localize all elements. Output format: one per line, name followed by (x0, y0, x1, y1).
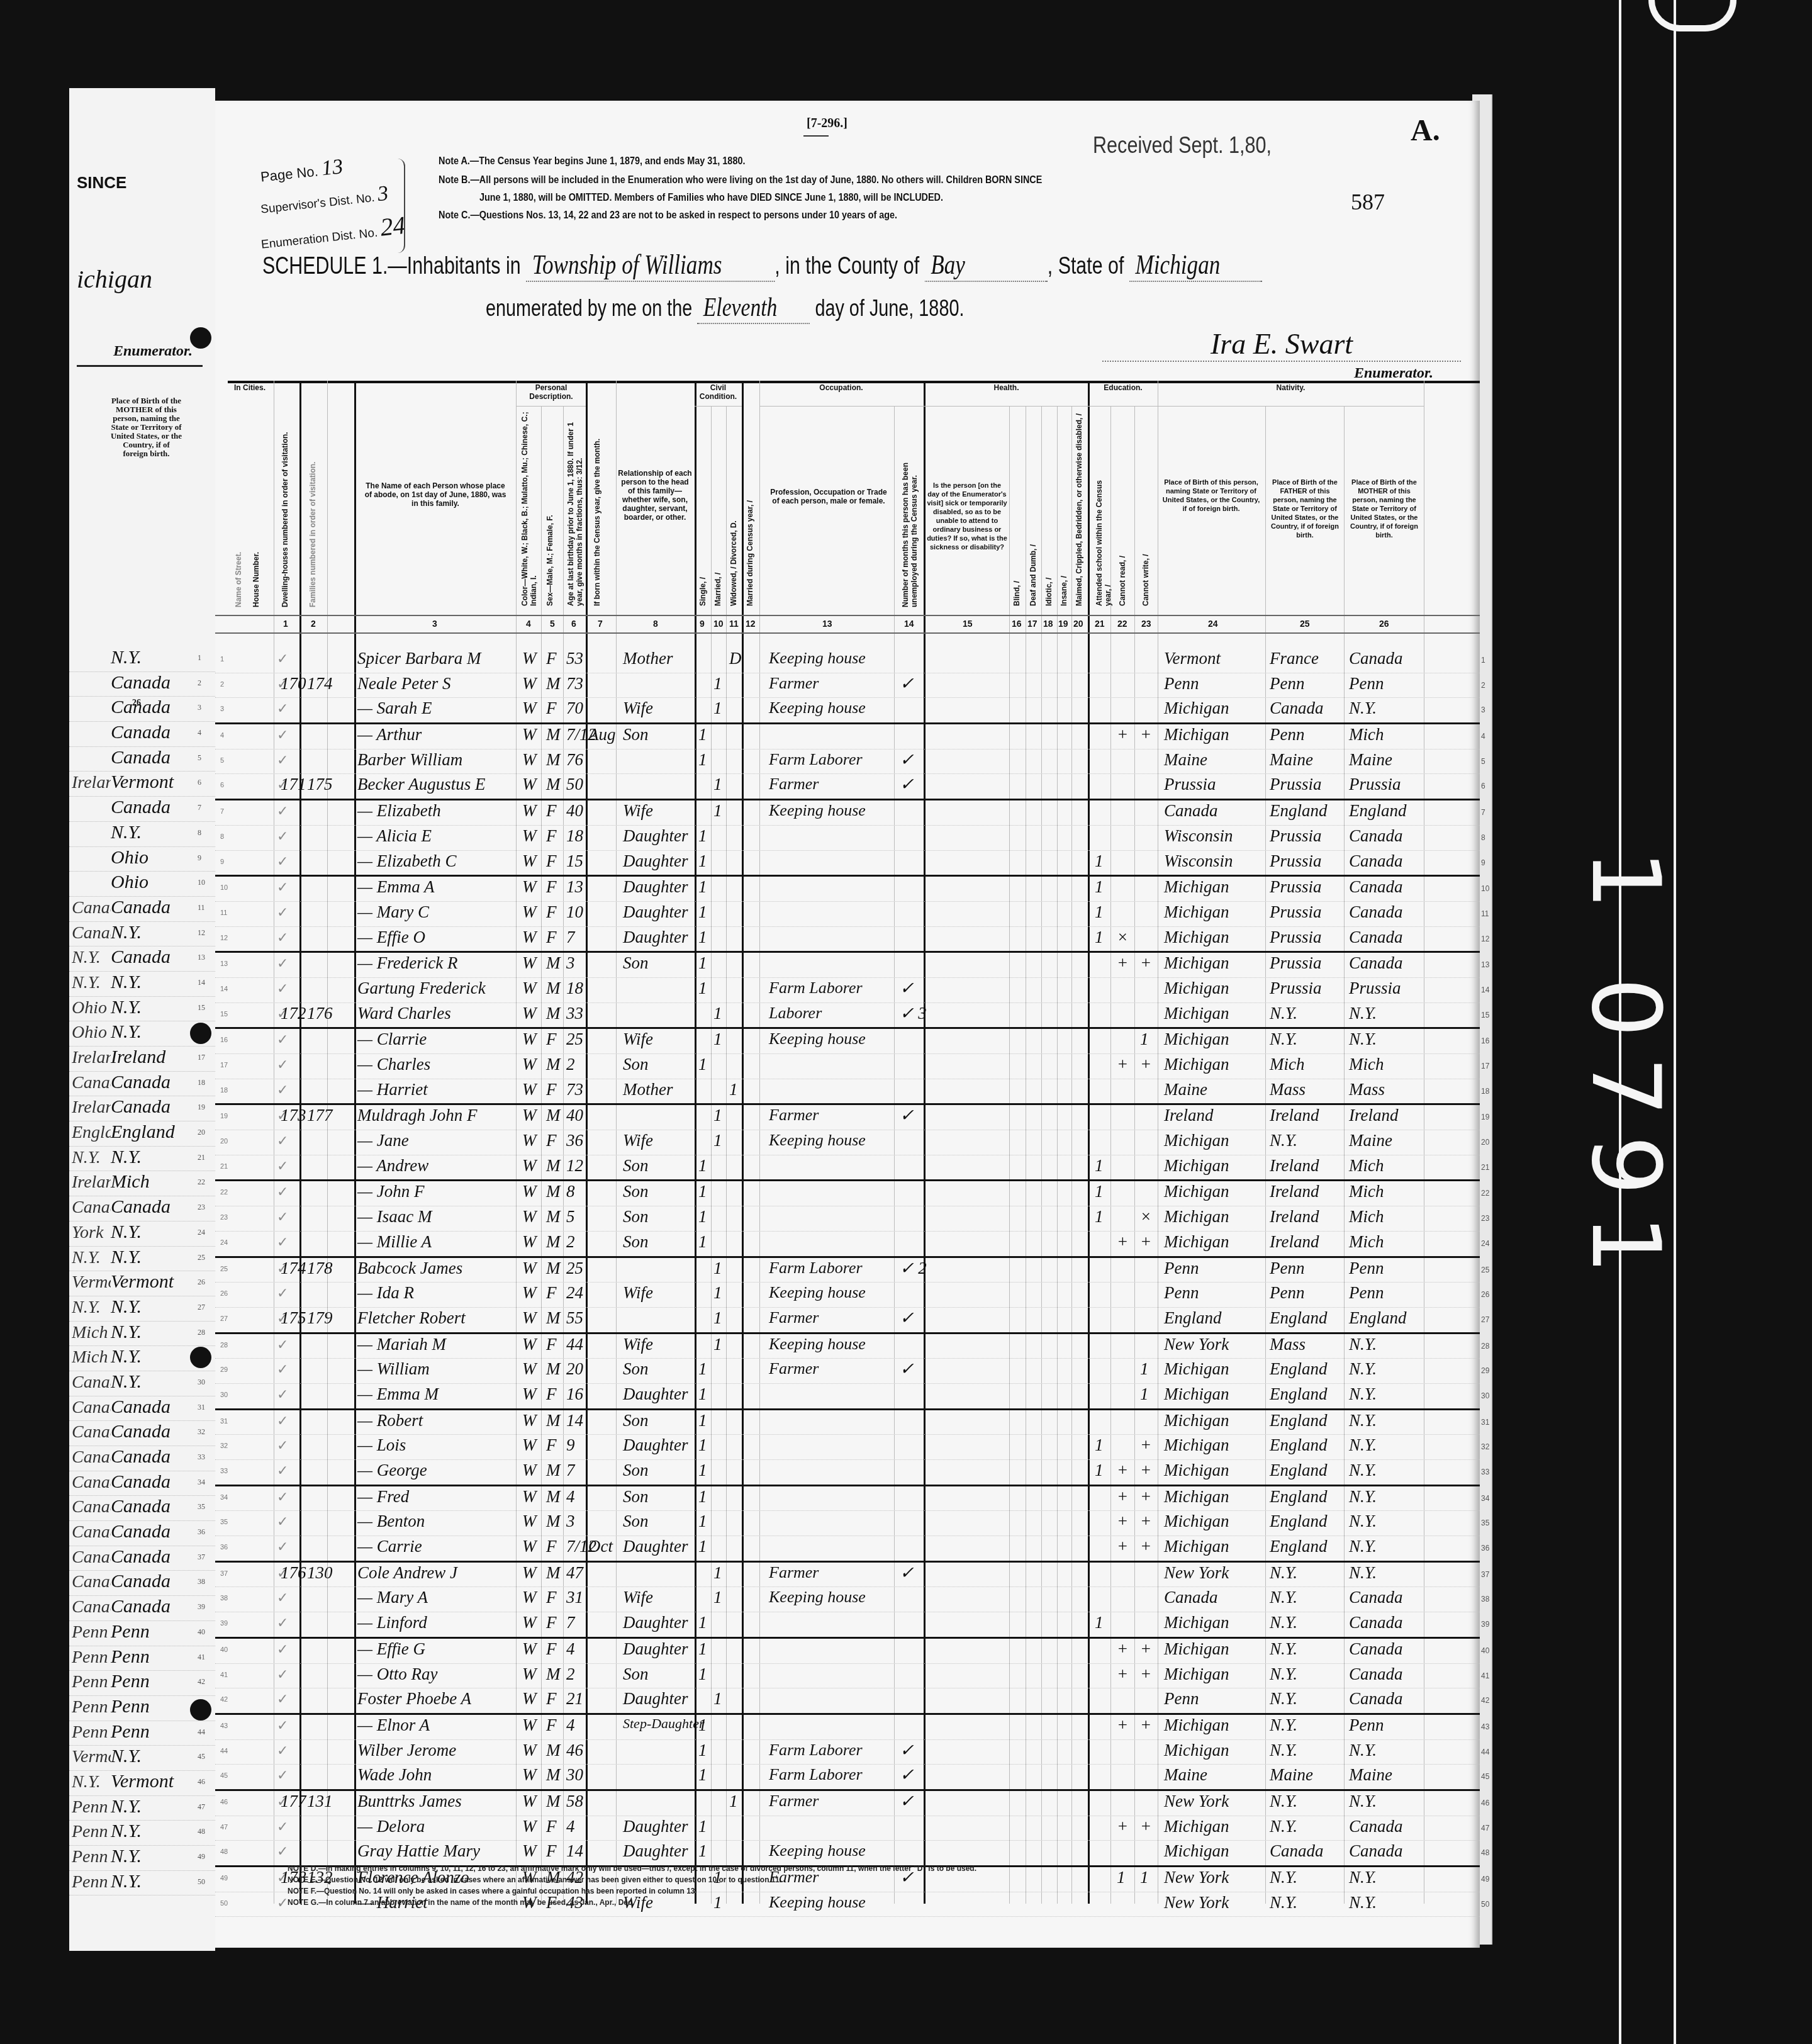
header-nativity-group: Nativity. (1158, 383, 1424, 392)
months-unemployed-value: ✓ 3 (900, 1004, 927, 1023)
row-number-right: 35 (1481, 1519, 1489, 1527)
line-number: 28 (220, 1342, 228, 1349)
relationship-value: Son (623, 1665, 649, 1684)
sex-value: F (546, 1841, 557, 1861)
table-row: 5✓Barber WilliamWM761Farm Laborer✓MaineM… (215, 750, 1480, 775)
tally-check-icon: ✓ (277, 1615, 288, 1631)
table-row: 31✓— RobertWM14Son1MichiganEnglandN.Y.31 (215, 1410, 1480, 1435)
prev-table-row: N.Y.N.Y.21 (69, 1147, 215, 1172)
sex-value: M (546, 1308, 561, 1328)
civil-condition-mark: 1 (698, 1182, 707, 1201)
cannot-write-mark: 1 (1140, 1359, 1149, 1379)
prev-line-number: 31 (198, 1403, 205, 1412)
prev-mother-birthplace: Canada (111, 1421, 171, 1442)
birthplace-value: Wisconsin (1164, 851, 1233, 871)
mother-birthplace-value: N.Y. (1349, 1487, 1377, 1507)
mother-birthplace-value: Canada (1349, 826, 1403, 846)
prev-table-row: N.Y.N.Y.25 (69, 1247, 215, 1272)
birthplace-value: Michigan (1164, 1004, 1229, 1023)
mother-birthplace-value: N.Y. (1349, 1461, 1377, 1480)
color-value: W (522, 1741, 537, 1760)
civil-condition-mark: 1 (698, 1715, 707, 1735)
age-value: 7 (566, 1461, 575, 1480)
relationship-value: Son (623, 1207, 649, 1227)
color-value: W (522, 1359, 537, 1379)
color-value: W (522, 1841, 537, 1861)
mother-birthplace-value: Canada (1349, 851, 1403, 871)
age-value: 18 (566, 979, 583, 998)
color-value: W (522, 699, 537, 718)
father-birthplace-value: England (1270, 1537, 1328, 1556)
father-birthplace-value: Mass (1270, 1335, 1306, 1354)
row-number-right: 42 (1481, 1696, 1489, 1705)
birthplace-value: Canada (1164, 801, 1218, 821)
person-name: — Elizabeth C (357, 851, 457, 871)
relationship-value: Son (623, 1512, 649, 1531)
prev-mother-birthplace: N.Y. (111, 1871, 142, 1892)
person-name: — Effie O (357, 928, 425, 947)
birthplace-value: Prussia (1164, 775, 1216, 794)
table-row: 29✓— WilliamWM20Son1Farmer✓1MichiganEngl… (215, 1359, 1480, 1384)
relationship-value: Daughter (623, 1435, 688, 1455)
family-number: 179 (307, 1308, 333, 1328)
corner-letter: A. (1411, 113, 1440, 148)
prev-table-row: Canada7 (69, 797, 215, 822)
occupation-value: Farmer (769, 1106, 819, 1125)
father-birthplace-value: Prussia (1270, 979, 1322, 998)
row-number-right: 8 (1481, 833, 1485, 842)
line-number: 40 (220, 1646, 228, 1654)
tally-check-icon: ✓ (277, 1666, 288, 1683)
civil-condition-mark: 1 (698, 1817, 707, 1836)
tally-check-icon: ✓ (277, 929, 288, 946)
relationship-value: Wife (623, 1283, 653, 1303)
header-father-birthplace: Place of Birth of the FATHER of this per… (1268, 478, 1342, 540)
line-number: 21 (220, 1163, 228, 1171)
age-value: 13 (566, 877, 583, 897)
table-row: 6✓171175Becker Augustus EWM501Farmer✓Pru… (215, 774, 1480, 800)
prev-mother-birthplace: Canada (111, 697, 171, 718)
sex-value: M (546, 1259, 561, 1278)
punch-hole-icon (190, 1023, 211, 1044)
father-birthplace-value: Prussia (1270, 877, 1322, 897)
sex-value: F (546, 1131, 557, 1150)
civil-condition-mark: 1 (698, 1411, 707, 1430)
row-number-right: 43 (1481, 1722, 1489, 1731)
father-birthplace-value: N.Y. (1270, 1004, 1297, 1023)
cannot-read-mark: + (1117, 1665, 1128, 1684)
attended-school-mark: 1 (1095, 877, 1104, 897)
row-number-right: 39 (1481, 1620, 1489, 1629)
prev-mother-birthplace: Ireland (111, 1047, 165, 1068)
table-row: 20✓— JaneWF36Wife1Keeping houseMichiganN… (215, 1130, 1480, 1155)
prev-line-number: 1 (198, 653, 201, 663)
table-row: 39✓— LinfordWF7Daughter11MichiganN.Y.Can… (215, 1612, 1480, 1639)
line-number: 25 (220, 1266, 228, 1273)
table-row: 47✓— DeloraWF4Daughter1++MichiganN.Y.Can… (215, 1816, 1480, 1841)
cannot-read-mark: + (1117, 1715, 1128, 1735)
row-number-right: 10 (1481, 884, 1489, 893)
prev-line-number: 48 (198, 1827, 205, 1836)
line-number: 48 (220, 1848, 228, 1856)
header-brace (398, 159, 405, 253)
civil-condition-mark: 1 (713, 1004, 722, 1023)
father-birthplace-value: England (1270, 801, 1328, 821)
sex-value: F (546, 1080, 557, 1099)
footnote-d: NOTE D.—In making entries in columns 9, … (288, 1863, 1294, 1874)
color-value: W (522, 649, 537, 668)
sex-value: M (546, 1512, 561, 1531)
line-number: 4 (220, 732, 224, 739)
relationship-value: Wife (623, 1030, 653, 1049)
prev-father-birthplace: N.Y. (72, 948, 111, 968)
age-value: 76 (566, 750, 583, 770)
mother-birthplace-value: Mass (1349, 1080, 1385, 1099)
age-value: 73 (566, 674, 583, 693)
table-row: 36✓— CarrieWF7/12OctDaughter1++MichiganE… (215, 1536, 1480, 1563)
prev-mother-birthplace: N.Y. (111, 647, 142, 668)
prev-mother-birthplace: N.Y. (111, 1796, 142, 1817)
dwelling-number: 175 (281, 1308, 306, 1328)
table-row: 42✓Foster Phoebe AWF21Daughter1PennN.Y.C… (215, 1688, 1480, 1715)
color-value: W (522, 1283, 537, 1303)
prev-line-number: 44 (198, 1727, 205, 1737)
prev-line-number: 23 (198, 1203, 205, 1212)
tally-check-icon: ✓ (277, 727, 288, 743)
color-value: W (522, 1106, 537, 1125)
prev-table-row: EnglandEngland20 (69, 1121, 215, 1147)
age-value: 16 (566, 1384, 583, 1404)
header-mother-birthplace: Place of Birth of the MOTHER of this per… (1346, 478, 1422, 540)
table-row: 38✓— Mary AWF31Wife1Keeping houseCanadaN… (215, 1587, 1480, 1612)
age-value: 4 (566, 1817, 575, 1836)
sex-value: M (546, 1741, 561, 1760)
age-value: 3 (566, 1512, 575, 1531)
sex-value: M (546, 1207, 561, 1227)
father-birthplace-value: N.Y. (1270, 1665, 1297, 1684)
person-name: Spicer Barbara M (357, 649, 481, 668)
header-months-unemployed: Number of months this person has been un… (901, 418, 919, 607)
prev-father-birthplace: Canada (72, 1572, 111, 1592)
age-value: 7 (566, 928, 575, 947)
line-number: 18 (220, 1087, 228, 1094)
color-value: W (522, 1613, 537, 1632)
prev-mother-birthplace: Canada (111, 897, 171, 918)
prev-father-birthplace: Penn (72, 1847, 111, 1867)
note-a: Note A.—The Census Year begins June 1, 1… (439, 156, 745, 167)
row-number-right: 49 (1481, 1875, 1489, 1884)
prev-line-number: 13 (198, 953, 205, 962)
person-name: — Mariah M (357, 1335, 446, 1354)
line-number: 3 (220, 705, 224, 713)
birthplace-value: Michigan (1164, 1411, 1229, 1430)
father-birthplace-value: Maine (1270, 750, 1313, 770)
color-value: W (522, 1537, 537, 1556)
dwelling-number: 172 (281, 1004, 306, 1023)
prev-mother-birthplace: N.Y. (111, 972, 142, 993)
person-name: — Ida R (357, 1283, 414, 1303)
prev-header-rule (77, 365, 203, 367)
header-birthplace: Place of Birth of this person, naming St… (1160, 478, 1262, 514)
header-personal-description: Personal Description. (517, 383, 585, 401)
occupation-value: Farmer (769, 775, 819, 794)
birthplace-value: Michigan (1164, 979, 1229, 998)
age-value: 20 (566, 1359, 583, 1379)
person-name: — Otto Ray (357, 1665, 438, 1684)
prev-mother-birthplace: Penn (111, 1646, 150, 1668)
father-birthplace-value: Ireland (1270, 1106, 1319, 1125)
relationship-value: Step-Daughter (623, 1715, 705, 1732)
tally-check-icon: ✓ (277, 651, 288, 667)
father-birthplace-value: N.Y. (1270, 1588, 1297, 1607)
prev-father-birthplace: Ireland (72, 1172, 111, 1193)
age-value: 46 (566, 1741, 583, 1760)
attended-school-mark: 1 (1095, 1613, 1104, 1632)
header-maimed: Maimed, Crippled, Bedridden, or otherwis… (1075, 412, 1083, 606)
prev-line-number: 7 (198, 803, 201, 812)
prev-state-fragment: ichigan (77, 264, 152, 294)
line-number: 27 (220, 1315, 228, 1323)
table-row: 15✓172176Ward CharlesWM331Laborer✓ 3Mich… (215, 1003, 1480, 1030)
father-birthplace-value: Penn (1270, 1283, 1304, 1303)
civil-condition-mark: 1 (713, 1588, 722, 1607)
column-number: 3 (432, 619, 437, 629)
prev-line-number: 36 (198, 1527, 205, 1537)
tally-check-icon: ✓ (277, 1641, 288, 1658)
prev-table-row: N.Y.N.Y.27 (69, 1296, 215, 1322)
line-number: 47 (220, 1824, 228, 1831)
relationship-value: Wife (623, 699, 653, 718)
prev-line-number: 42 (198, 1677, 205, 1687)
prev-mother-birthplace: N.Y. (111, 997, 142, 1018)
note-b-line1: Note B.—All persons will be included in … (439, 175, 1042, 186)
column-number: 13 (822, 619, 832, 629)
mother-birthplace-value: Canada (1349, 1639, 1403, 1659)
family-number: 176 (307, 1004, 333, 1023)
tally-check-icon: ✓ (277, 1539, 288, 1555)
table-row: 45✓Wade JohnWM301Farm Laborer✓MaineMaine… (215, 1765, 1480, 1791)
prev-father-birthplace: Mich (72, 1347, 111, 1367)
prev-table-row: Ohio10 (69, 872, 215, 897)
relationship-value: Daughter (623, 826, 688, 846)
prev-table-row: MichN.Y.28 (69, 1322, 215, 1347)
footnote-e: NOTE E.—Question No. 12 will only be ask… (288, 1874, 1294, 1885)
row-number-right: 44 (1481, 1748, 1489, 1756)
row-number-right: 17 (1481, 1062, 1489, 1070)
row-number-right: 36 (1481, 1544, 1489, 1553)
prev-line-number: 38 (198, 1577, 205, 1586)
enumerated-line: enumerated by me on the Eleventh day of … (486, 293, 964, 324)
age-value: 14 (566, 1411, 583, 1430)
row-number-right: 18 (1481, 1087, 1489, 1096)
birthplace-value: New York (1164, 1792, 1229, 1811)
birthplace-value: Penn (1164, 1283, 1199, 1303)
row-number-right: 46 (1481, 1799, 1489, 1807)
prev-father-birthplace: Penn (72, 1797, 111, 1817)
person-name: — John F (357, 1182, 424, 1201)
prev-table-row: IrelandMich22 (69, 1171, 215, 1196)
line-number: 7 (220, 808, 224, 816)
birthplace-value: Michigan (1164, 1665, 1229, 1684)
line-number: 50 (220, 1900, 228, 1907)
birthplace-value: Michigan (1164, 1841, 1229, 1861)
row-number-right: 37 (1481, 1570, 1489, 1579)
header-education-group: Education. (1090, 383, 1156, 392)
age-value: 33 (566, 1004, 583, 1023)
prev-father-birthplace: Penn (72, 1872, 111, 1892)
relationship-value: Wife (623, 1131, 653, 1150)
father-birthplace-value: Ireland (1270, 1182, 1319, 1201)
relationship-value: Son (623, 1232, 649, 1252)
birthplace-value: Vermont (1164, 649, 1221, 668)
color-value: W (522, 902, 537, 922)
column-numbers-row: 1 2 3 4 5 6 7 8 9 10 11 12 13 14 15 16 1… (215, 615, 1480, 634)
father-birthplace-value: England (1270, 1411, 1328, 1430)
row-number-right: 47 (1481, 1824, 1489, 1833)
state-field: Michigan (1129, 249, 1262, 282)
prev-table-row: IrelandIreland17 (69, 1047, 215, 1072)
tally-check-icon: ✓ (277, 879, 288, 896)
prev-mother-birthplace: N.Y. (111, 1346, 142, 1367)
sex-value: F (546, 1283, 557, 1303)
person-name: Barber William (357, 750, 462, 770)
person-name: — Mary A (357, 1588, 428, 1607)
color-value: W (522, 1487, 537, 1507)
sex-value: F (546, 1639, 557, 1659)
row-number-right: 22 (1481, 1189, 1489, 1198)
relationship-value: Wife (623, 1335, 653, 1354)
color-value: W (522, 1435, 537, 1455)
column-number: 14 (904, 619, 914, 629)
person-name: — Mary C (357, 902, 429, 922)
column-number: 15 (963, 619, 973, 629)
civil-condition-mark: 1 (713, 1106, 722, 1125)
header-in-cities: In Cities. (228, 383, 272, 392)
prev-father-birthplace: Penn (72, 1622, 111, 1642)
father-birthplace-value: N.Y. (1270, 1030, 1297, 1049)
occupation-value: Keeping house (769, 649, 866, 668)
occupation-value: Farm Laborer (769, 1741, 863, 1760)
mother-birthplace-value: Mich (1349, 725, 1384, 744)
birthplace-value: Ireland (1164, 1106, 1213, 1125)
column-number: 7 (598, 619, 603, 629)
color-value: W (522, 1232, 537, 1252)
prev-table-row: CanadaN.Y.30 (69, 1371, 215, 1396)
line-number: 29 (220, 1366, 228, 1374)
row-number-right: 20 (1481, 1138, 1489, 1147)
color-value: W (522, 801, 537, 821)
father-birthplace-value: Ireland (1270, 1207, 1319, 1227)
civil-condition-mark: 1 (698, 877, 707, 897)
person-name: — Fred (357, 1487, 409, 1507)
father-birthplace-value: England (1270, 1384, 1328, 1404)
tally-check-icon: ✓ (277, 1489, 288, 1505)
prev-father-birthplace: Penn (72, 1672, 111, 1692)
cannot-write-mark: + (1140, 953, 1151, 973)
enumerated-prefix: enumerated by me on the (486, 295, 692, 321)
father-birthplace-value: Prussia (1270, 775, 1322, 794)
relationship-value: Mother (623, 649, 673, 668)
prev-father-birthplace: Canada (72, 898, 111, 918)
relationship-value: Daughter (623, 1841, 688, 1861)
occupation-value: Keeping house (769, 1030, 866, 1048)
person-name: — Jane (357, 1131, 409, 1150)
previous-page-strip: SINCE ichigan Enumerator. Place of Birth… (69, 88, 215, 1951)
prev-father-birthplace: York (72, 1223, 111, 1243)
cannot-read-mark: + (1117, 1461, 1128, 1480)
civil-condition-mark: 1 (713, 1563, 722, 1583)
color-value: W (522, 1156, 537, 1176)
sex-value: F (546, 1588, 557, 1607)
father-birthplace-value: N.Y. (1270, 1563, 1297, 1583)
prev-father-birthplace: Canada (72, 1473, 111, 1493)
line-number: 22 (220, 1189, 228, 1196)
cannot-read-mark: + (1117, 1512, 1128, 1531)
row-number-right: 11 (1481, 909, 1489, 918)
relationship-value: Mother (623, 1080, 673, 1099)
relationship-value: Son (623, 725, 649, 744)
months-unemployed-value: ✓ (900, 674, 914, 693)
schedule-line: SCHEDULE 1.—Inhabitants in Township of W… (262, 249, 1262, 282)
sex-value: F (546, 1817, 557, 1836)
prev-table-row: CanadaCanada36 (69, 1521, 215, 1546)
birthplace-value: Michigan (1164, 1384, 1229, 1404)
sex-value: F (546, 877, 557, 897)
table-row: 18✓— HarrietWF73Mother1MaineMassMass18 (215, 1079, 1480, 1106)
person-name: — Robert (357, 1411, 423, 1430)
tally-check-icon: ✓ (277, 1895, 288, 1911)
row-number-right: 24 (1481, 1239, 1489, 1248)
line-number: 38 (220, 1595, 228, 1602)
header-color: Color—White, W.; Black, B.; Mulatto, Mu.… (520, 411, 538, 606)
civil-condition-mark: 1 (698, 1613, 707, 1632)
mother-birthplace-value: Canada (1349, 1613, 1403, 1632)
prev-table-row: PennPenn41 (69, 1646, 215, 1671)
birthplace-value: New York (1164, 1563, 1229, 1583)
table-row: 3✓— Sarah EWF70Wife1Keeping houseMichiga… (215, 698, 1480, 724)
punch-hole-icon (190, 327, 211, 349)
line-number: 45 (220, 1772, 228, 1780)
person-name: — Frederick R (357, 953, 457, 973)
person-name: Gray Hattie Mary (357, 1841, 480, 1861)
prev-line-number: 37 (198, 1553, 205, 1562)
mother-birthplace-value: Maine (1349, 1765, 1392, 1785)
age-value: 40 (566, 1106, 583, 1125)
row-number-right: 3 (1481, 705, 1485, 714)
civil-condition-mark: 1 (713, 801, 722, 821)
tally-check-icon: ✓ (277, 1463, 288, 1479)
line-number: 5 (220, 757, 224, 765)
column-number: 26 (1379, 619, 1389, 629)
cannot-read-mark: + (1117, 953, 1128, 973)
footnotes: NOTE D.—In making entries in columns 9, … (288, 1863, 1294, 1908)
relationship-value: Son (623, 1461, 649, 1480)
column-number: 8 (653, 619, 658, 629)
table-row: 10✓— Emma AWF13Daughter11MichiganPrussia… (215, 877, 1480, 902)
schedule-prefix: SCHEDULE 1.—Inhabitants in (262, 253, 521, 279)
header-idiotic: Idiotic, / (1044, 551, 1053, 606)
row-number-right: 48 (1481, 1848, 1489, 1857)
civil-condition-mark: 1 (713, 674, 722, 693)
tally-check-icon: ✓ (277, 980, 288, 997)
civil-condition-mark: 1 (698, 1741, 707, 1760)
sex-value: M (546, 1156, 561, 1176)
age-value: 24 (566, 1283, 583, 1303)
occupation-value: Farmer (769, 1563, 819, 1582)
age-value: 3 (566, 953, 575, 973)
line-number: 26 (220, 1290, 228, 1298)
occupation-value: Keeping house (769, 1841, 866, 1860)
